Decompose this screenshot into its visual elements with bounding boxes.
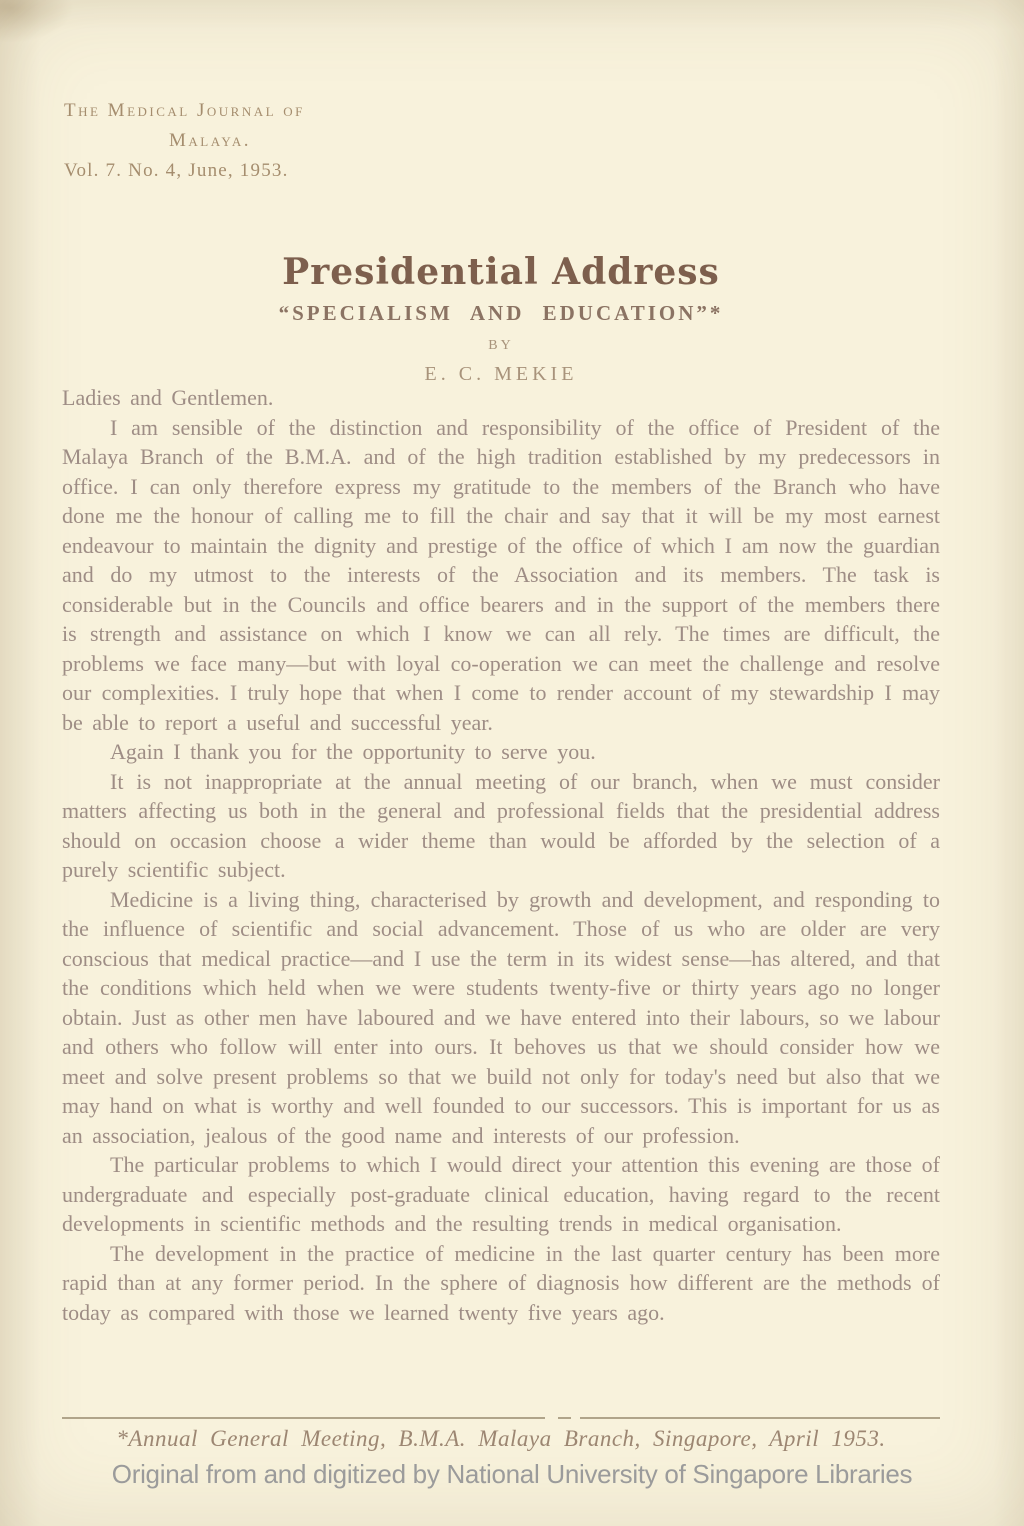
paragraph: I am sensible of the distinction and res… [62,413,940,738]
paragraph: Again I thank you for the opportunity to… [62,737,940,767]
journal-title-line1: The Medical Journal of [64,96,356,126]
journal-masthead: The Medical Journal of Malaya. Vol. 7. N… [64,96,356,186]
article-subtitle: “SPECIALISM AND EDUCATION”* [62,300,940,326]
salutation: Ladies and Gentlemen. [62,383,940,413]
address-body: Ladies and Gentlemen. I am sensible of t… [62,383,940,1327]
journal-page: The Medical Journal of Malaya. Vol. 7. N… [0,0,1024,1526]
article-title: Presidential Address [62,252,940,292]
journal-title-line2: Malaya. [64,126,356,156]
footnote-rule [62,1417,940,1419]
paragraph: The development in the practice of medic… [62,1239,940,1328]
byline-label: BY [62,338,940,354]
paragraph: The particular problems to which I would… [62,1150,940,1239]
journal-issue-line: Vol. 7. No. 4, June, 1953. [64,156,356,186]
article-title-block: Presidential Address “SPECIALISM AND EDU… [62,252,940,386]
footnote: *Annual General Meeting, B.M.A. Malaya B… [62,1424,940,1454]
paragraph: It is not inappropriate at the annual me… [62,767,940,885]
paragraph: Medicine is a living thing, characterise… [62,885,940,1151]
digitization-credit: Original from and digitized by National … [0,1458,1024,1490]
paragraphs-container: I am sensible of the distinction and res… [62,413,940,1328]
